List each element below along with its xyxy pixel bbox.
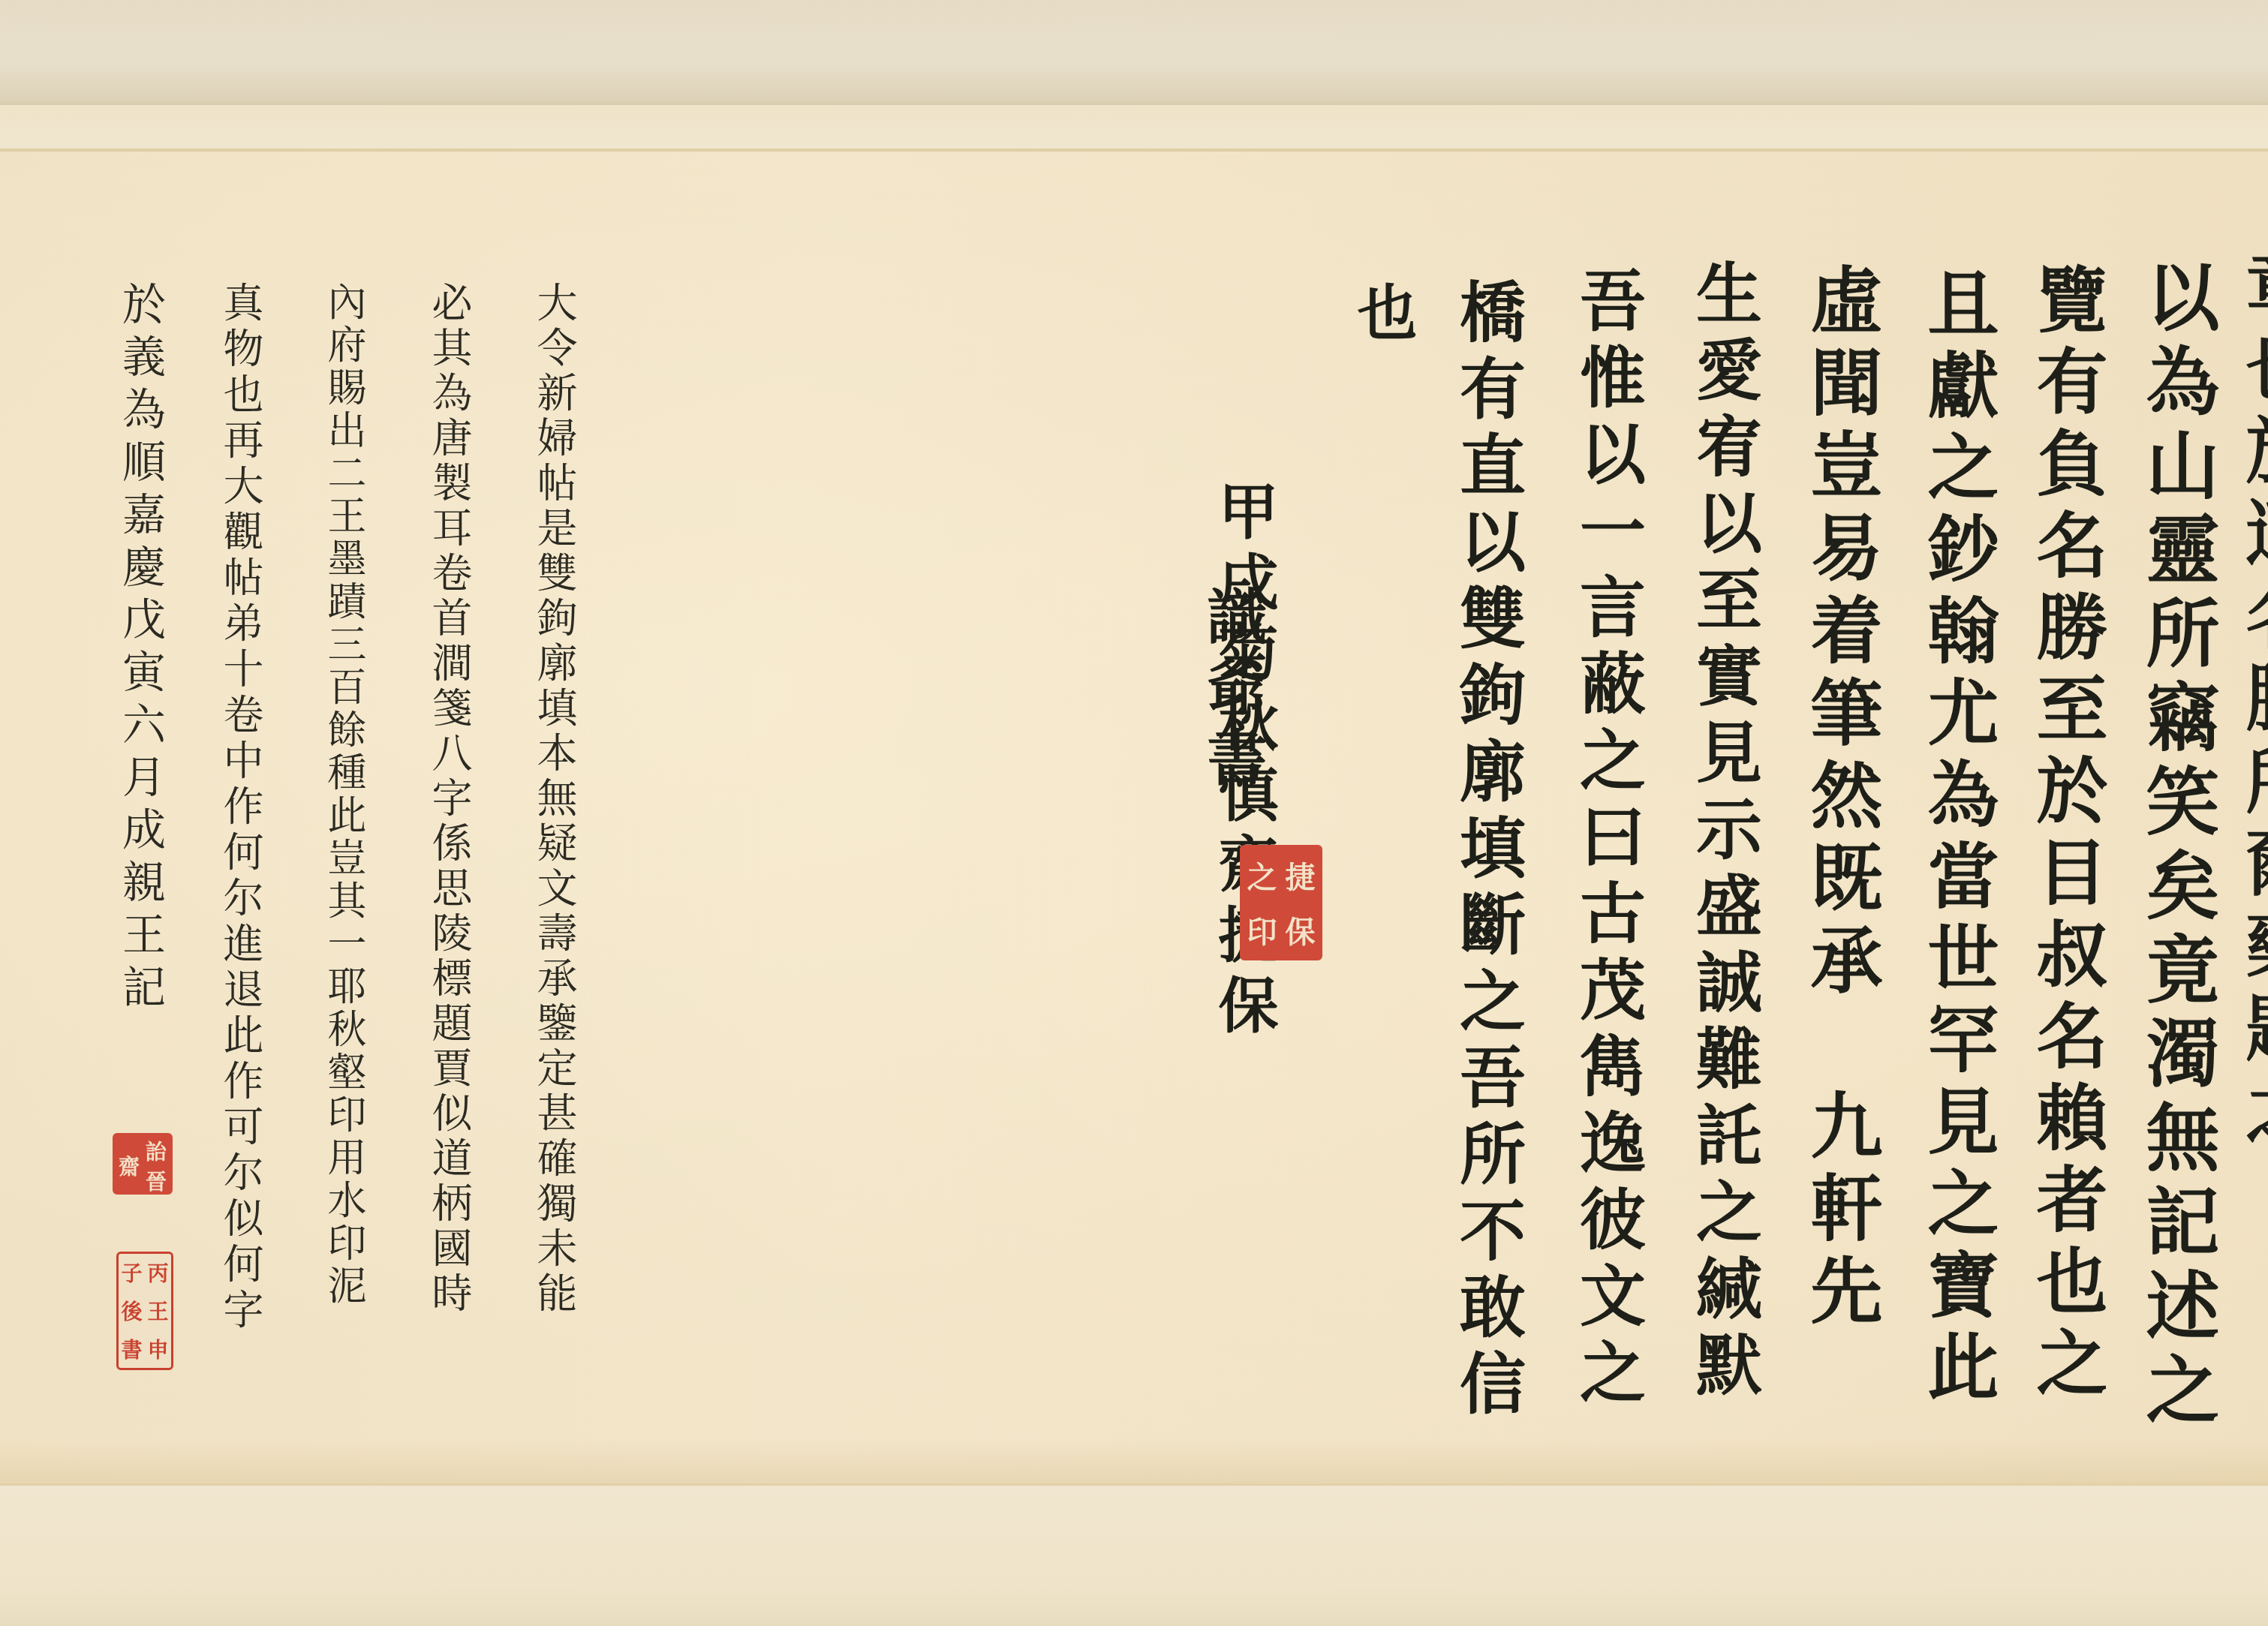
seal-char: 後 xyxy=(119,1292,145,1330)
seal-char: 捷 xyxy=(1281,848,1319,903)
right-column-3: 且獻之鈔翰尤為當世罕見之寶此 xyxy=(1906,266,2008,1411)
right-column-4: 虛聞豈易着筆然既承 九軒先 xyxy=(1790,263,1893,1336)
left-column-0: 大令新婦帖是雙鉤廓填本無疑文壽承鑒定甚確獨未能 xyxy=(525,281,583,1317)
seal-jiebao: 捷 之 保 印 xyxy=(1240,845,1322,960)
left-column-2: 內府賜出二王墨蹟三百餘種此豈其一耶秋壑印用水印泥 xyxy=(315,281,371,1308)
mounting-border-top xyxy=(0,105,2268,152)
seal-yijinzhai: 詒 齋 晉 xyxy=(113,1133,173,1195)
right-column-10: 識爺書 xyxy=(1190,585,1276,797)
seal-char: 丙 xyxy=(145,1254,171,1292)
seal-char: 書 xyxy=(119,1330,145,1368)
seal-char: 印 xyxy=(1243,903,1281,957)
seal-char: 申 xyxy=(145,1330,171,1368)
seal-char: 保 xyxy=(1281,903,1319,957)
right-column-5: 生愛宥以至實見示盛誠難託之緘默 xyxy=(1677,259,1772,1407)
seal-char: 子 xyxy=(119,1254,145,1292)
right-column-2: 覽有負名勝至於目叔名賴者也之 xyxy=(2015,263,2117,1408)
mounting-border-bottom xyxy=(0,1483,2268,1626)
right-column-1: 以為山靈所竊笑矣竟濁無記述之 xyxy=(2124,259,2230,1435)
seal-char: 王 xyxy=(145,1292,171,1330)
mounting-silk-top xyxy=(0,0,2268,105)
seal-char: 之 xyxy=(1243,848,1281,903)
right-column-7: 橋有直以雙鉤廓填斷之吾所不敢信 xyxy=(1441,278,1536,1426)
seal-char: 詒 xyxy=(143,1136,170,1166)
left-column-3: 真物也再大觀帖弟十卷中作何尔進退此作可尔似何字 xyxy=(212,281,269,1334)
right-column-0: 章也於迺名勝所爾藥題之 xyxy=(2225,248,2268,1156)
right-column-8: 也 xyxy=(1340,281,1426,352)
seal-bingshen: 丙 子 王 後 申 書 xyxy=(116,1252,173,1370)
seal-char: 齋 xyxy=(116,1136,143,1196)
seal-char: 晉 xyxy=(143,1166,170,1196)
right-column-6: 吾惟以一言蔽之曰古茂雋逸彼文之 xyxy=(1561,266,1656,1414)
left-column-1: 必其為唐製耳卷首澗箋八字係思陵標題賈似道柄國時 xyxy=(420,281,478,1317)
left-column-4: 於義為順嘉慶戊寅六月成親王記 xyxy=(109,281,172,1017)
